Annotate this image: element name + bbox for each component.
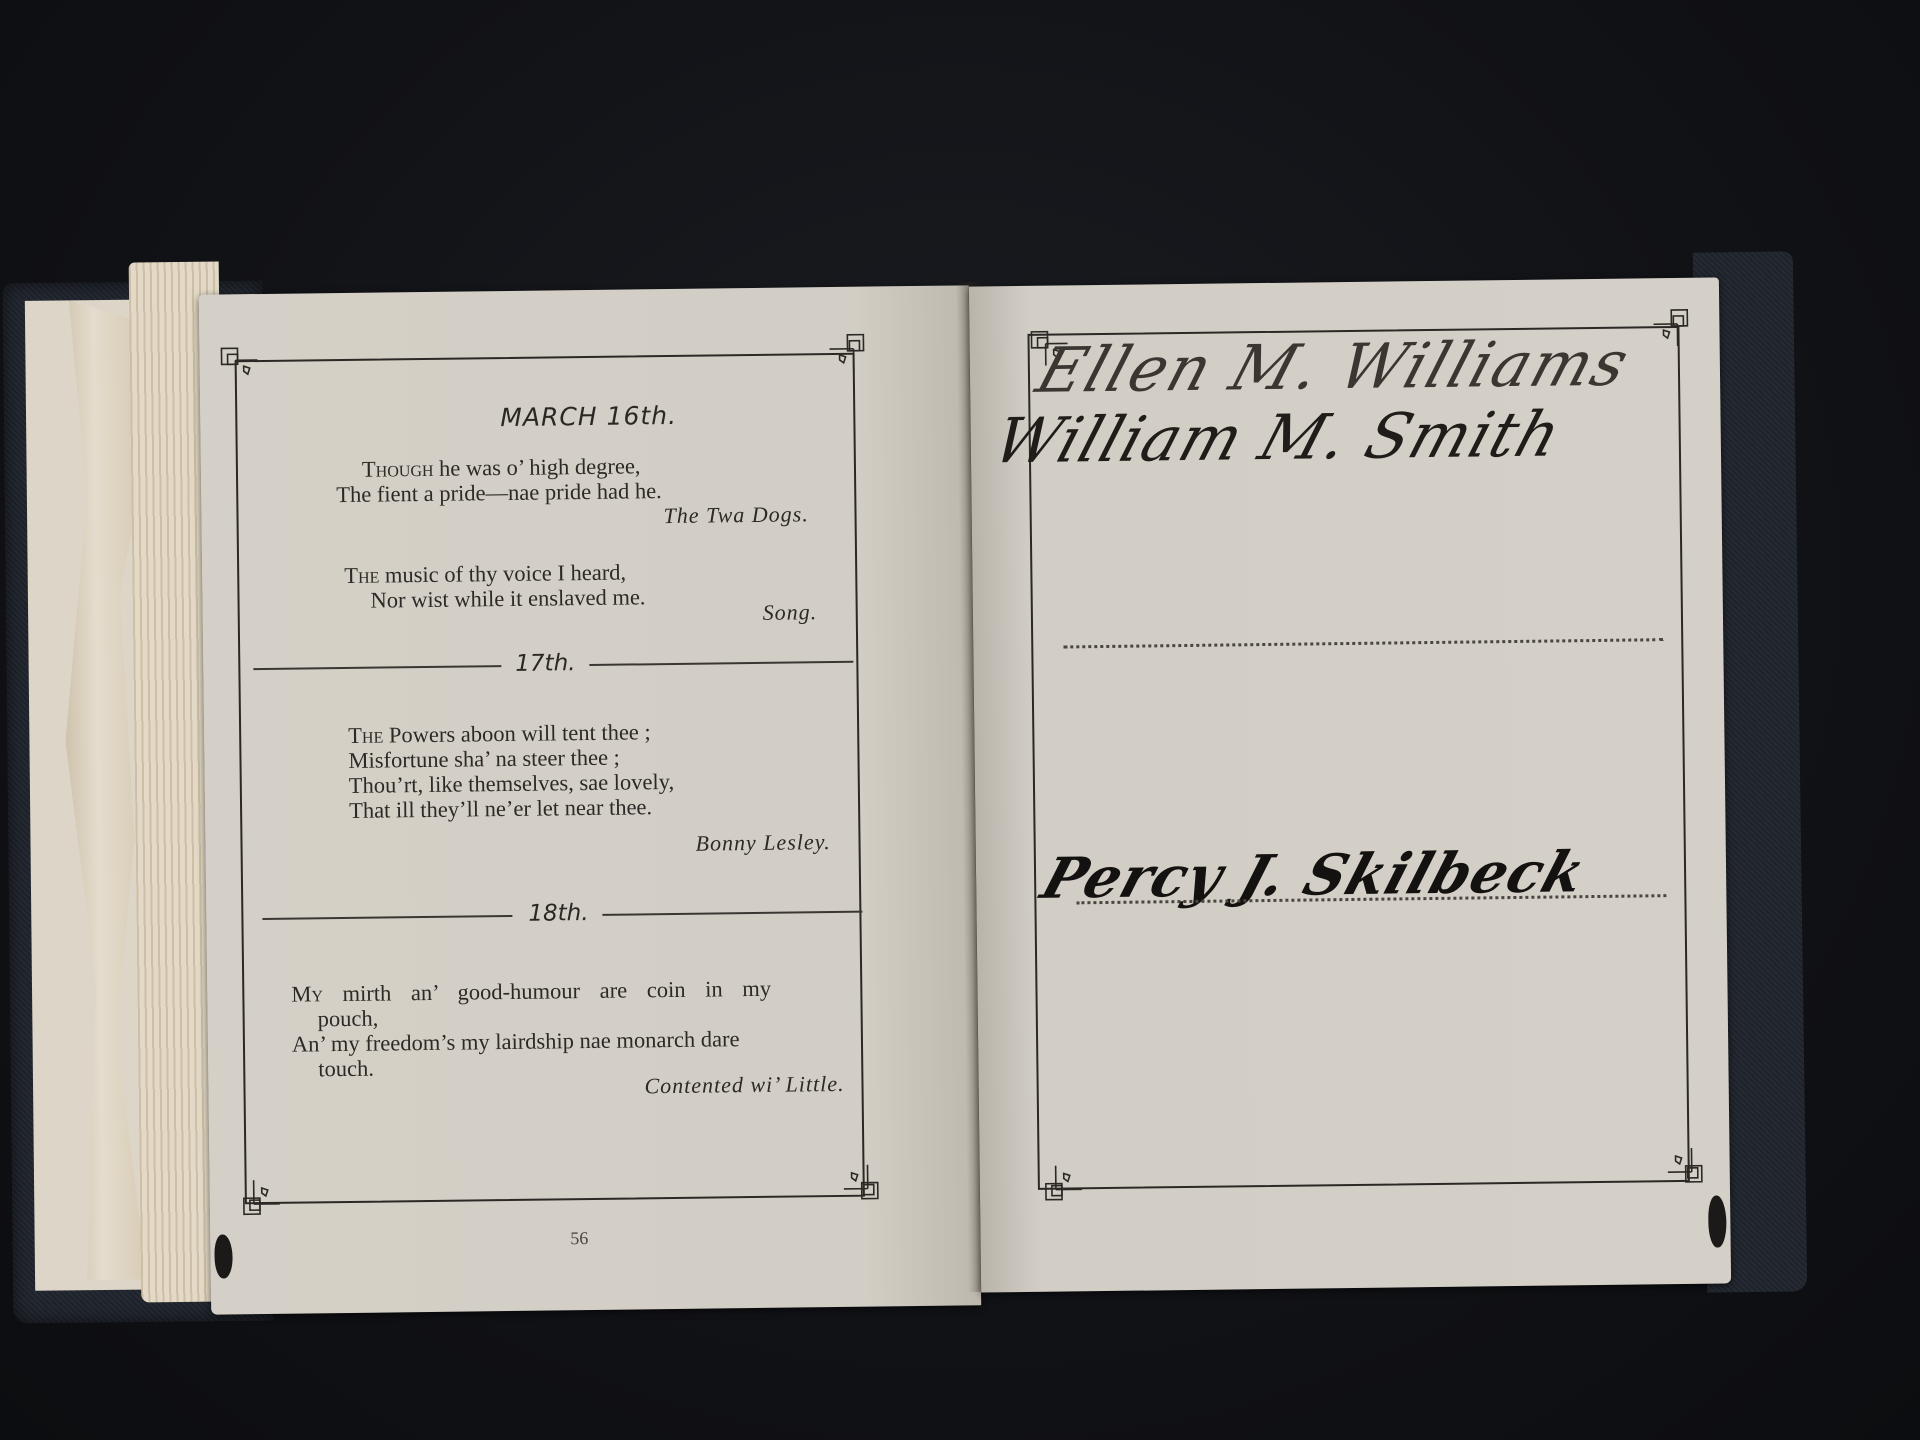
ink-stain [214,1234,233,1278]
corner-ornament-icon [843,1164,883,1204]
verse-lead: The [348,723,383,748]
verse-line: mirth an’ good-humour are coin in my [342,976,771,1006]
date-heading: MARCH 16th. [500,401,677,432]
verse-source: The Twa Dogs. [663,501,809,529]
corner-ornament-icon [240,1180,280,1220]
verse-line: That ill they’ll ne’er let near thee. [349,794,675,823]
verse-line: Nor wist while it enslaved me. [344,584,645,613]
right-page: Ellen M. Williams William M. Smith Percy… [969,277,1731,1292]
signature-ellen-williams: Ellen M. Williams [1028,326,1638,406]
verse-line: music of thy voice I heard, [385,560,626,588]
verse-contented: My mirth an’ good-humour are coin in my … [291,975,832,1082]
ink-stain [1708,1195,1727,1247]
verse-line: he was o’ high degree, [439,453,641,480]
verse-song: The music of thy voice I heard, Nor wist… [344,559,646,613]
verse-bonny-lesley: The Powers aboon will tent thee ; Misfor… [348,719,675,823]
verse-lead: The [344,563,379,588]
verse-source: Bonny Lesley. [695,829,831,857]
corner-ornament-icon [1042,1165,1082,1205]
left-page: MARCH 16th. Though he was o’ high degree… [199,285,981,1314]
verse-source: Song. [763,599,818,626]
corner-ornament-icon [1667,1148,1707,1188]
open-book: MARCH 16th. Though he was o’ high degree… [0,0,1920,1440]
day-label: 17th. [515,650,576,677]
verse-twa-dogs: Though he was o’ high degree, The fient … [336,453,662,507]
verse-source: Contented wi’ Little. [644,1071,844,1099]
corner-ornament-icon [829,331,869,371]
corner-ornament-icon [1653,306,1693,346]
verse-line: Powers aboon will tent thee ; [389,719,651,747]
verse-lead: Though [362,456,434,482]
verse-line: The fient a pride—nae pride had he. [336,478,662,507]
signature-william-smith: William M. Smith [985,397,1570,477]
corner-ornament-icon [217,342,257,382]
page-number: 56 [570,1228,588,1249]
verse-lead: My [291,981,323,1006]
day-label: 18th. [528,900,589,927]
